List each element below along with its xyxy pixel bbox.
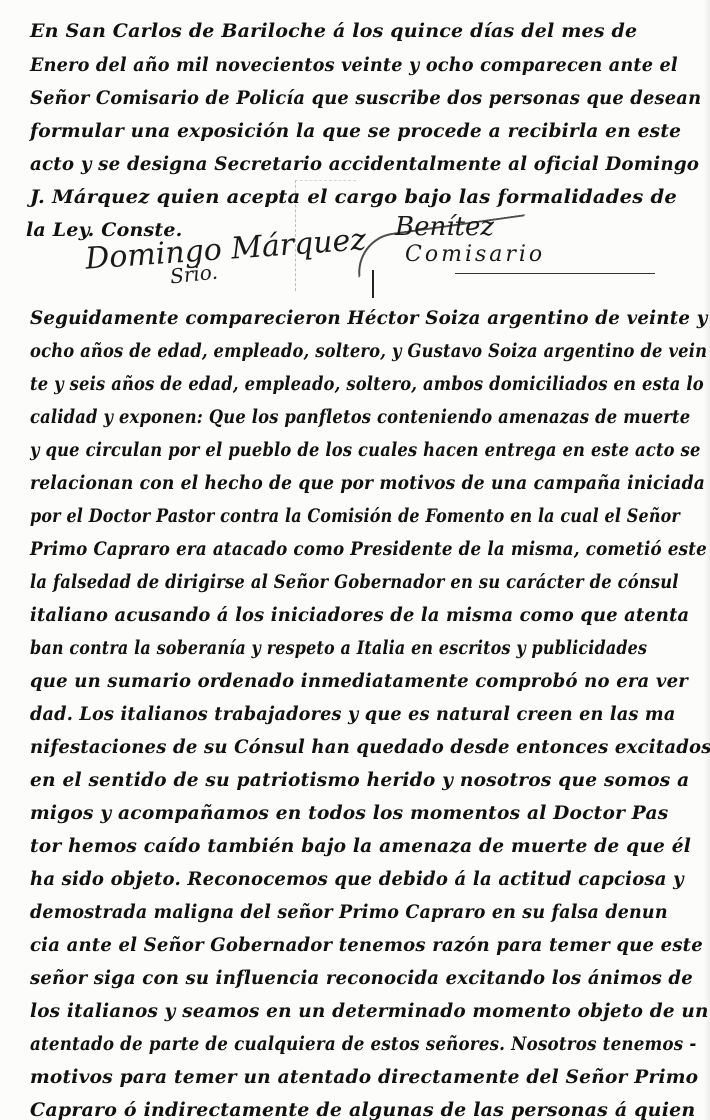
text-line: Primo Capraro era atacado como President… <box>30 536 707 562</box>
text-line: señor siga con su influencia reconocida … <box>30 965 693 991</box>
text-line: ban contra la soberanía y respeto a Ital… <box>30 635 647 661</box>
text-line: Seguidamente comparecieron Héctor Soiza … <box>30 305 707 331</box>
text-line: atentado de parte de cualquiera de estos… <box>30 1031 696 1057</box>
signature-secretary-title: Srio. <box>169 260 219 289</box>
text-line: Capraro ó indirectamente de algunas de l… <box>30 1097 695 1120</box>
text-line: por el Doctor Pastor contra la Comisión … <box>30 503 680 529</box>
signature-commissioner: Benítez <box>395 212 494 242</box>
text-line: motivos para temer un atentado directame… <box>30 1064 698 1090</box>
document-page: En San Carlos de Bariloche á los quince … <box>0 0 710 1120</box>
text-line: relacionan con el hecho de que por motiv… <box>30 470 705 496</box>
text-line: dad. Los italianos trabajadores y que es… <box>30 701 675 727</box>
signature-underline <box>455 273 655 274</box>
text-line: ocho años de edad, empleado, soltero, y … <box>30 338 707 364</box>
text-line: en el sentido de su patriotismo herido y… <box>30 767 689 793</box>
text-line: nifestaciones de su Cónsul han quedado d… <box>30 734 710 760</box>
signature-commissioner-title: Comisario <box>405 242 545 267</box>
text-line: acto y se designa Secretario accidentalm… <box>30 151 699 177</box>
text-line: demostrada maligna del señor Primo Capra… <box>30 899 668 925</box>
text-line: y que circulan por el pueblo de los cual… <box>30 437 701 463</box>
ink-stroke <box>372 270 374 298</box>
text-line: En San Carlos de Bariloche á los quince … <box>30 18 637 44</box>
text-line: migos y acompañamos en todos los momento… <box>30 800 668 826</box>
text-line: los italianos y seamos en un determinado… <box>30 998 709 1024</box>
text-line: Señor Comisario de Policía que suscribe … <box>30 85 701 111</box>
text-line: ha sido objeto. Reconocemos que debido á… <box>30 866 684 892</box>
text-line: calidad y exponen: Que los panfletos con… <box>30 404 690 430</box>
text-line: tor hemos caído también bajo la amenaza … <box>30 833 691 859</box>
text-line: que un sumario ordenado inmediatamente c… <box>30 668 688 694</box>
text-line: te y seis años de edad, empleado, solter… <box>30 371 704 397</box>
text-line: italiano acusando á los iniciadores de l… <box>30 602 689 628</box>
text-line: cia ante el Señor Gobernador tenemos raz… <box>30 932 703 958</box>
text-line: formular una exposición la que se proced… <box>30 118 681 144</box>
text-line: la falsedad de dirigirse al Señor Gobern… <box>30 569 679 595</box>
text-line: Enero del año mil novecientos veinte y o… <box>30 52 678 78</box>
